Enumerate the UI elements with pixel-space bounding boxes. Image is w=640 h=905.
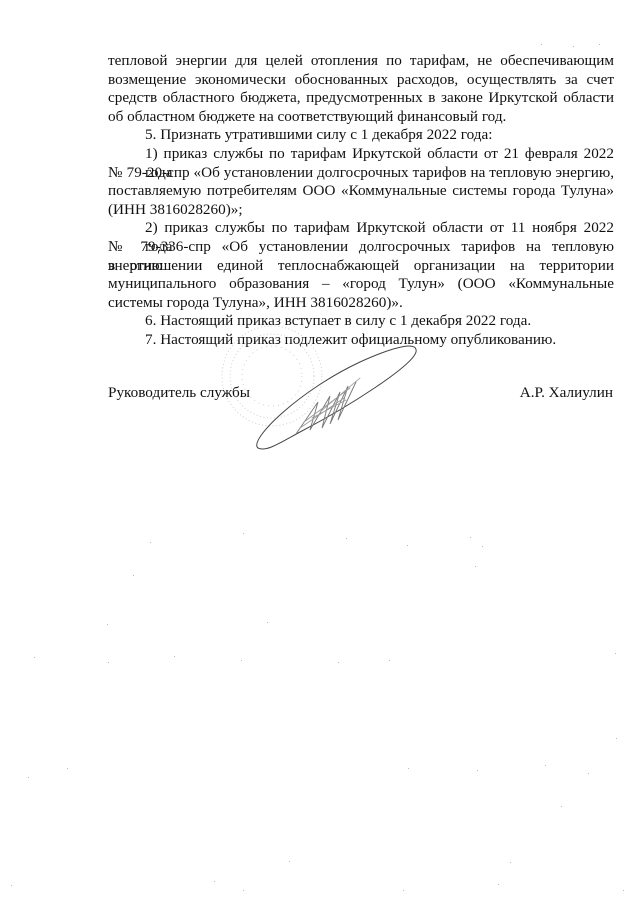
scan-speck — [510, 862, 511, 863]
paragraph-item-4-continued: тепловой энергии для целей отопления по … — [108, 52, 614, 126]
text-line: (ИНН 3816028260)»; — [108, 201, 614, 220]
scan-speck — [561, 806, 562, 807]
scan-speck — [498, 884, 499, 885]
scan-speck — [615, 653, 616, 654]
signature-icon — [257, 346, 416, 449]
text-line: 5. Признать утратившими силу с 1 декабря… — [108, 126, 614, 145]
scan-speck — [34, 657, 35, 658]
text-line: № 79-336-спр «Об установлении долгосрочн… — [108, 238, 614, 257]
scan-speck — [573, 46, 574, 47]
text-line: в отношении единой теплоснабжающей орган… — [108, 257, 614, 276]
scan-speck — [150, 542, 151, 543]
scan-speck — [545, 765, 546, 766]
text-line: возмещение экономически обоснованных рас… — [108, 71, 614, 90]
text-line: средств областного бюджета, предусмотрен… — [108, 89, 614, 108]
scan-speck — [616, 738, 617, 739]
signatory-name: А.Р. Халиулин — [520, 384, 613, 402]
text-line: муниципального образования – «город Тулу… — [108, 275, 614, 294]
text-line: 6. Настоящий приказ вступает в силу с 1 … — [108, 312, 614, 331]
scan-speck — [475, 566, 476, 567]
scan-speck — [11, 885, 12, 886]
scan-speck — [599, 44, 600, 45]
text-line: об областном бюджете на соответствующий … — [108, 108, 614, 127]
scan-speck — [133, 575, 134, 576]
scan-speck — [67, 768, 68, 769]
signatory-title: Руководитель службы — [108, 384, 250, 402]
scan-speck — [174, 656, 175, 657]
document-page: тепловой энергии для целей отопления по … — [0, 0, 640, 905]
scan-speck — [107, 624, 108, 625]
scan-speck — [408, 768, 409, 769]
text-line: поставляемую потребителям ООО «Коммуналь… — [108, 182, 614, 201]
scan-speck — [389, 660, 390, 661]
scan-speck — [541, 44, 542, 45]
scan-speck — [28, 777, 29, 778]
scan-speck — [623, 890, 624, 891]
scan-speck — [267, 622, 268, 623]
scan-speck — [482, 546, 483, 547]
text-line: 7. Настоящий приказ подлежит официальном… — [108, 331, 614, 350]
scan-speck — [289, 861, 290, 862]
scan-speck — [403, 890, 404, 891]
paragraph-item-5-2: 2) приказ службы по тарифам Иркутской об… — [108, 219, 614, 312]
scan-speck — [214, 881, 215, 882]
text-line: № 79-20-спр «Об установлении долгосрочны… — [108, 164, 614, 183]
text-line: 1) приказ службы по тарифам Иркутской об… — [108, 145, 614, 164]
scan-speck — [477, 770, 478, 771]
scan-speck — [588, 773, 589, 774]
scan-speck — [108, 662, 109, 663]
paragraph-item-7: 7. Настоящий приказ подлежит официальном… — [108, 331, 614, 350]
text-line: 2) приказ службы по тарифам Иркутской об… — [108, 219, 614, 238]
paragraph-item-5-1: 1) приказ службы по тарифам Иркутской об… — [108, 145, 614, 219]
scan-speck — [241, 660, 242, 661]
scan-speck — [243, 533, 244, 534]
scan-speck — [338, 662, 339, 663]
scan-speck — [346, 538, 347, 539]
document-body: тепловой энергии для целей отопления по … — [108, 52, 614, 350]
text-line: системы города Тулуна», ИНН 3816028260)»… — [108, 294, 614, 313]
paragraph-item-5: 5. Признать утратившими силу с 1 декабря… — [108, 126, 614, 145]
paragraph-item-6: 6. Настоящий приказ вступает в силу с 1 … — [108, 312, 614, 331]
scan-speck — [407, 545, 408, 546]
scan-speck — [470, 537, 471, 538]
scan-speck — [243, 890, 244, 891]
text-line: тепловой энергии для целей отопления по … — [108, 52, 614, 71]
